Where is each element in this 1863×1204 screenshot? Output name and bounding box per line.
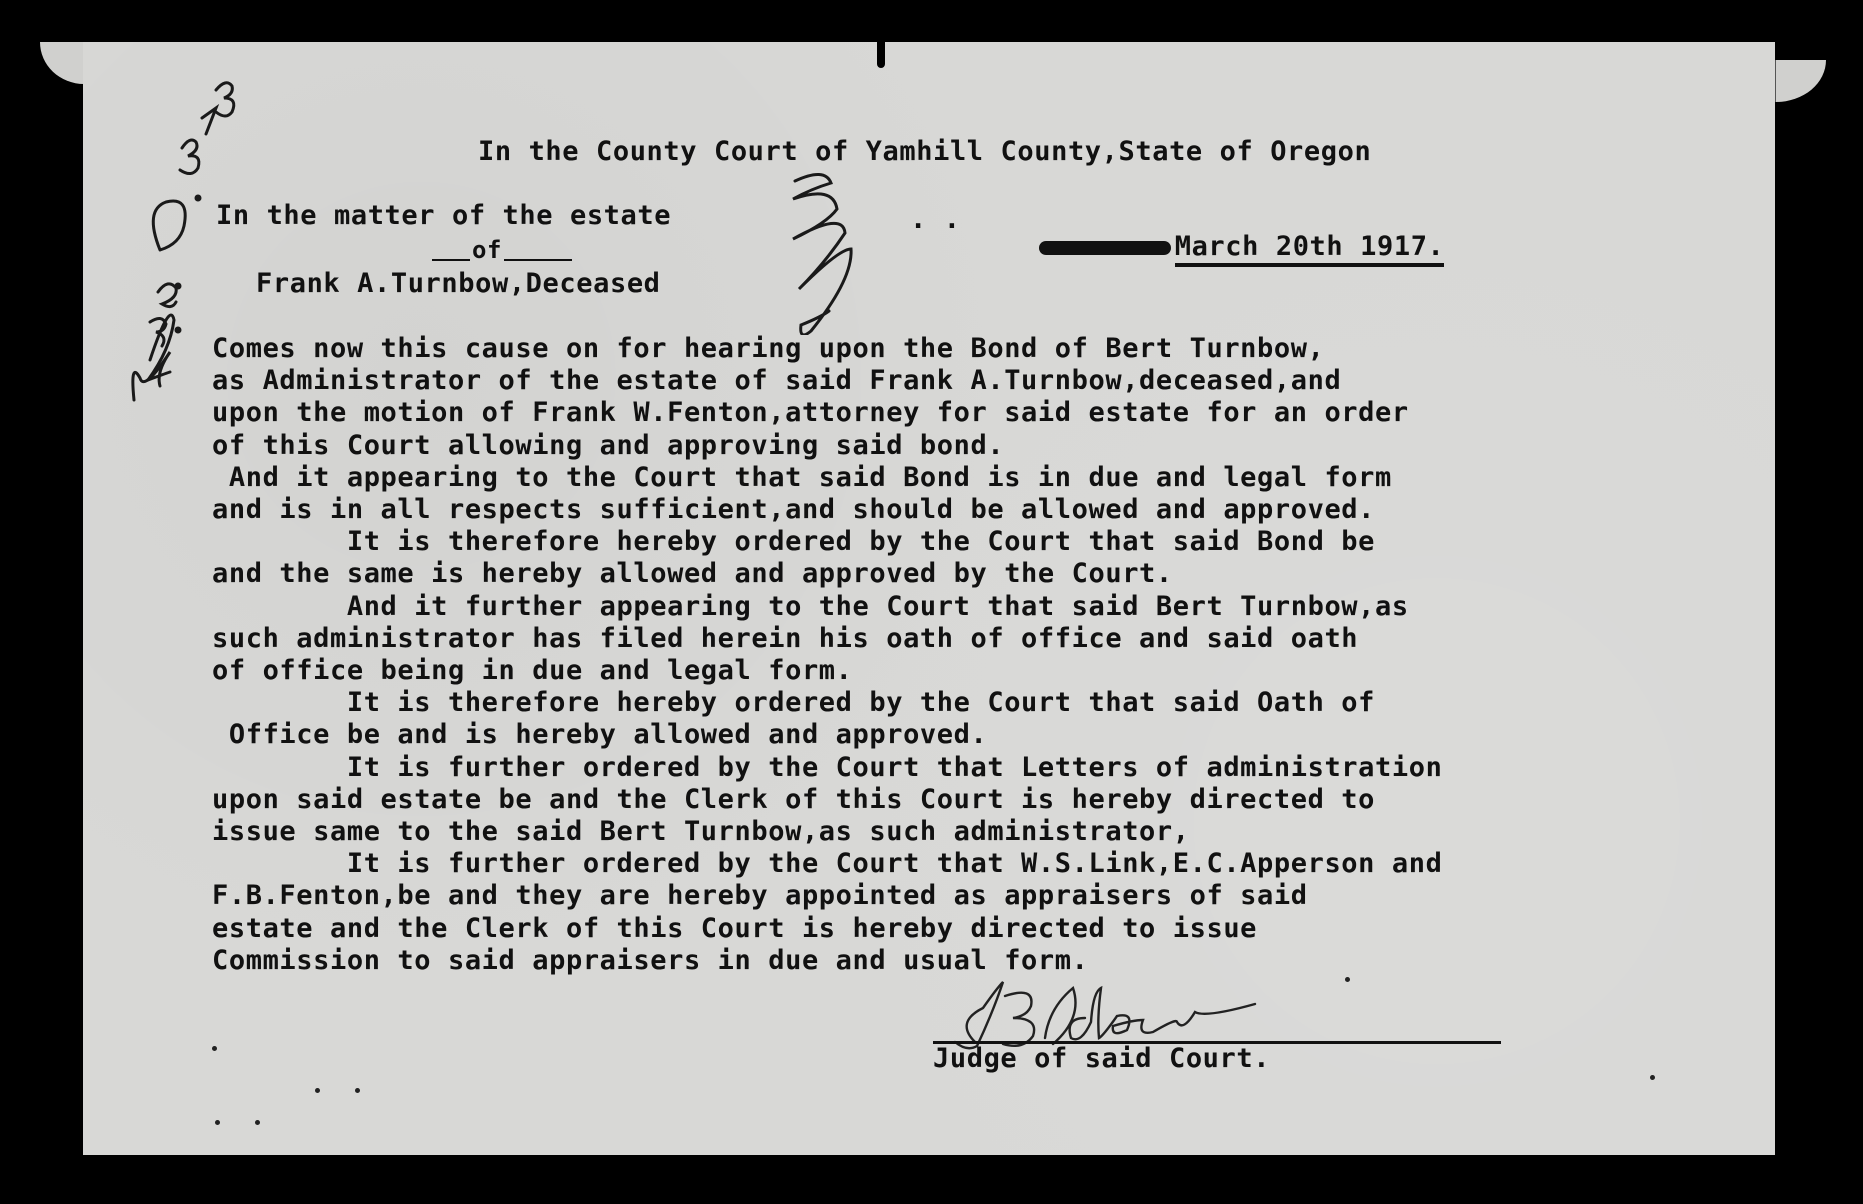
order-body-line: as Administrator of the estate of said F… xyxy=(212,365,1442,397)
order-body-line: upon the motion of Frank W.Fenton,attorn… xyxy=(212,397,1442,429)
paper-speck xyxy=(215,1120,220,1125)
underline-rule xyxy=(432,259,470,261)
paper-corner-tab-right xyxy=(1774,60,1826,102)
order-body-line: Office be and is hereby allowed and appr… xyxy=(212,719,1442,751)
handwritten-scribble-mark xyxy=(765,165,875,335)
caption-of: of xyxy=(472,236,502,264)
order-body-line: estate and the Clerk of this Court is he… xyxy=(212,913,1442,945)
order-body-line: And it further appearing to the Court th… xyxy=(212,591,1442,623)
order-body-line: such administrator has filed herein his … xyxy=(212,623,1442,655)
order-body-line: issue same to the said Bert Turnbow,as s… xyxy=(212,816,1442,848)
leader-dots: . . xyxy=(910,204,961,235)
order-body-line: It is therefore hereby ordered by the Co… xyxy=(212,687,1442,719)
paper-speck xyxy=(355,1088,360,1093)
order-body-line: and is in all respects sufficient,and sh… xyxy=(212,494,1442,526)
order-body-line: It is further ordered by the Court that … xyxy=(212,752,1442,784)
order-body-line: of office being in due and legal form. xyxy=(212,655,1442,687)
order-body-line: It is further ordered by the Court that … xyxy=(212,848,1442,880)
date-text: March 20th 1917. xyxy=(1175,231,1445,267)
order-body-line: of this Court allowing and approving sai… xyxy=(212,430,1442,462)
court-heading: In the County Court of Yamhill County,St… xyxy=(478,136,1371,167)
struck-out-word xyxy=(1039,241,1171,255)
order-body-line: It is therefore hereby ordered by the Co… xyxy=(212,526,1442,558)
order-body-line: upon said estate be and the Clerk of thi… xyxy=(212,784,1442,816)
order-body: Comes now this cause on for hearing upon… xyxy=(212,333,1442,977)
underline-rule xyxy=(504,259,572,261)
order-date: March 20th 1917. xyxy=(1005,200,1444,262)
binding-notch xyxy=(877,40,885,68)
paper-speck xyxy=(1345,977,1350,982)
paper-corner-tab-left xyxy=(40,42,86,84)
order-body-line: and the same is hereby allowed and appro… xyxy=(212,558,1442,590)
paper-speck xyxy=(212,1046,217,1051)
paper-speck xyxy=(255,1120,260,1125)
order-body-line: Comes now this cause on for hearing upon… xyxy=(212,333,1442,365)
estate-caption-line: In the matter of the estate xyxy=(216,200,671,231)
paper-speck xyxy=(315,1088,320,1093)
order-body-line: F.B.Fenton,be and they are hereby appoin… xyxy=(212,880,1442,912)
caption-of-line: of xyxy=(432,236,572,264)
order-body-line: And it appearing to the Court that said … xyxy=(212,462,1442,494)
decedent-name: Frank A.Turnbow,Deceased xyxy=(256,268,661,299)
signature-caption: Judge of said Court. xyxy=(933,1043,1270,1074)
paper-speck xyxy=(1650,1075,1655,1080)
order-body-line: Commission to said appraisers in due and… xyxy=(212,945,1442,977)
